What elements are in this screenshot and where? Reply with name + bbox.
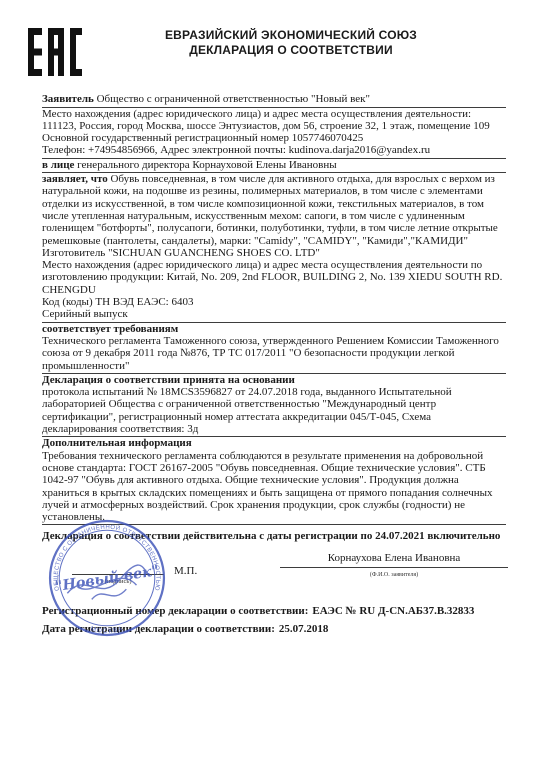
applicant-name: Общество с ограниченной ответственностью… xyxy=(97,93,370,105)
registration-number-value: ЕАЭС № RU Д-CN.АБ37.В.32833 xyxy=(312,605,474,617)
signature-block: (подпись) М.П. Корнаухова Елена Ивановна… xyxy=(42,543,506,595)
applicant-label: Заявитель xyxy=(42,93,94,105)
validity-statement: Декларация о соответствии действительна … xyxy=(42,530,506,542)
product-line: заявляет, что Обувь повседневная, в том … xyxy=(42,173,506,247)
applicant-contacts: Телефон: +74954856966, Адрес электронной… xyxy=(42,144,506,158)
registration-date-value: 25.07.2018 xyxy=(279,623,329,635)
person-name: генерального директора Корнауховой Елены… xyxy=(77,159,336,171)
signatory-name: Корнаухова Елена Ивановна xyxy=(280,552,508,564)
basis-text: протокола испытаний № 18MCS3596827 от 24… xyxy=(42,386,506,437)
applicant-line: Заявитель Общество с ограниченной ответс… xyxy=(42,93,506,107)
conforms-label: соответствует требованиям xyxy=(42,323,506,335)
additional-text: Требования технического регламента соблю… xyxy=(42,450,506,526)
manufacturer-address: Место нахождения (адрес юридического лиц… xyxy=(42,259,506,296)
product-description: Обувь повседневная, в том числе для акти… xyxy=(42,173,498,246)
registration-block: Регистрационный номер декларации о соотв… xyxy=(42,605,506,636)
conforms-text: Технического регламента Таможенного союз… xyxy=(42,335,506,374)
document-header: ЕВРАЗИЙСКИЙ ЭКОНОМИЧЕСКИЙ СОЮЗ ДЕКЛАРАЦИ… xyxy=(42,26,506,79)
signatory-line xyxy=(280,567,508,568)
registration-number-line: Регистрационный номер декларации о соотв… xyxy=(42,605,506,617)
stamp-place-label: М.П. xyxy=(174,565,197,577)
person-label: в лице xyxy=(42,159,74,171)
registration-number-label: Регистрационный номер декларации о соотв… xyxy=(42,605,308,617)
signatory-caption: (Ф.И.О. заявителя) xyxy=(280,569,508,581)
additional-label: Дополнительная информация xyxy=(42,437,506,449)
signature-line xyxy=(72,574,164,575)
declaration-document: ЕВРАЗИЙСКИЙ ЭКОНОМИЧЕСКИЙ СОЮЗ ДЕКЛАРАЦИ… xyxy=(0,0,543,767)
person-line: в лице генерального директора Корнаухово… xyxy=(42,159,506,173)
registration-date-label: Дата регистрации декларации о соответств… xyxy=(42,623,275,635)
manufacturer-line: Изготовитель "SICHUAN GUANCHENG SHOES CO… xyxy=(42,247,506,259)
applicant-address: Место нахождения (адрес юридического лиц… xyxy=(42,108,506,133)
tnved-code: Код (коды) ТН ВЭД ЕАЭС: 6403 xyxy=(42,296,506,308)
union-title: ЕВРАЗИЙСКИЙ ЭКОНОМИЧЕСКИЙ СОЮЗ xyxy=(76,28,506,43)
applicant-ogrn: Основной государственный регистрационный… xyxy=(42,132,506,144)
signature-caption: (подпись) xyxy=(72,576,164,588)
declares-label: заявляет, что xyxy=(42,173,108,185)
basis-label: Декларация о соответствии принята на осн… xyxy=(42,374,506,386)
batch-type: Серийный выпуск xyxy=(42,308,506,322)
registration-date-line: Дата регистрации декларации о соответств… xyxy=(42,623,506,635)
document-title: ДЕКЛАРАЦИЯ О СООТВЕТСТВИИ xyxy=(76,43,506,58)
